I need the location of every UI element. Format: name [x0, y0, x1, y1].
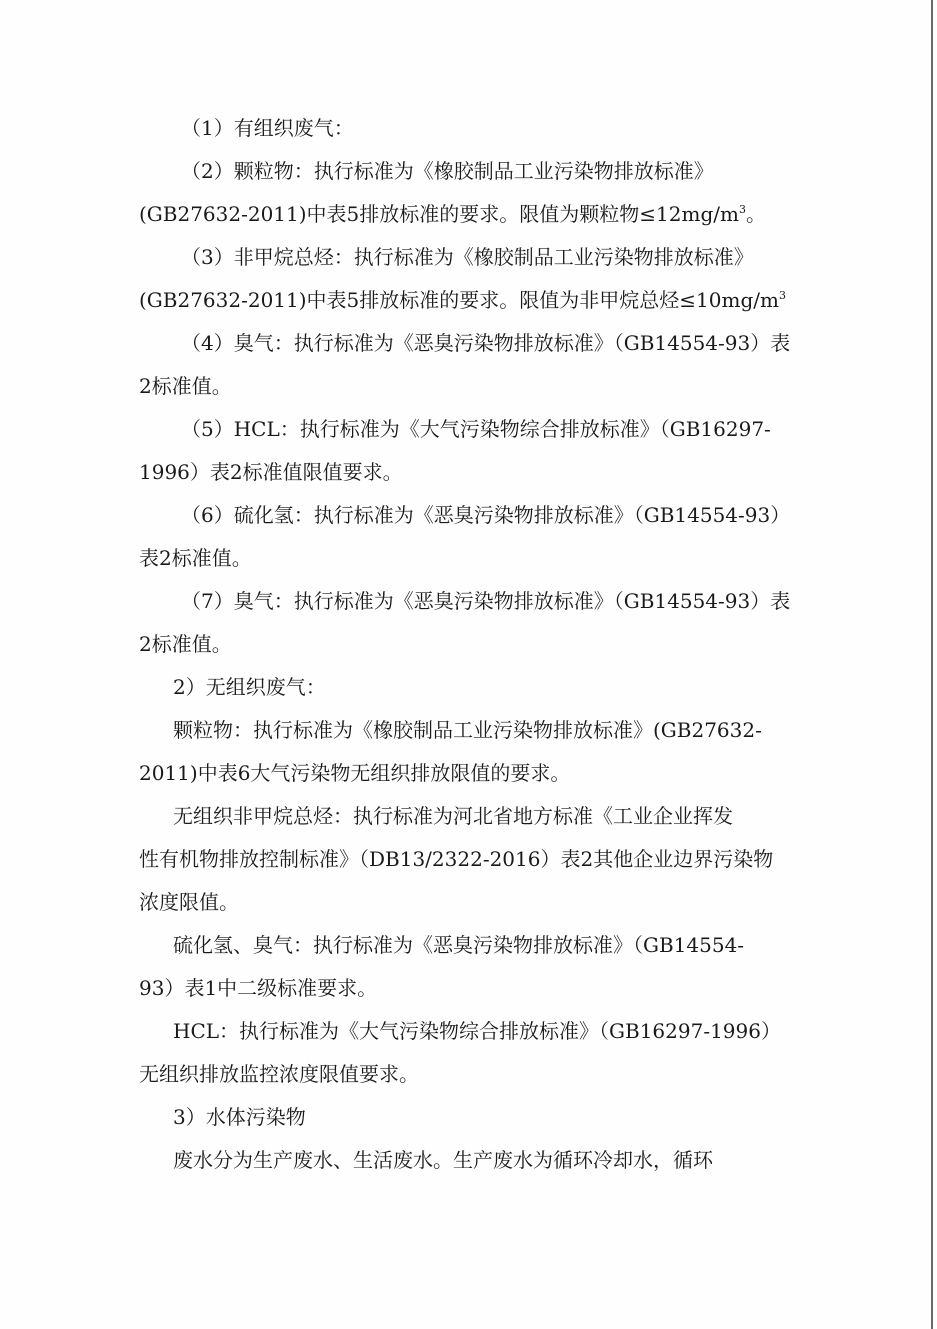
heading-fugitive-exhaust: 2）无组织废气： [139, 666, 789, 709]
paragraph-particulate-line2: (GB27632-2011)中表5排放标准的要求。限值为颗粒物≤12mg/m3。 [139, 193, 789, 236]
paragraph-nmhc-line1: （3）非甲烷总烃：执行标准为《橡胶制品工业污染物排放标准》 [139, 236, 789, 279]
paragraph-odor2-line1: （7）臭气：执行标准为《恶臭污染物排放标准》（GB14554-93）表 [139, 580, 789, 623]
paragraph-particulate-line1: （2）颗粒物：执行标准为《橡胶制品工业污染物排放标准》 [139, 150, 789, 193]
paragraph-fugitive-nmhc-line3: 浓度限值。 [139, 881, 789, 924]
paragraph-nmhc-line2: (GB27632-2011)中表5排放标准的要求。限值为非甲烷总烃≤10mg/m… [139, 279, 789, 322]
sentence-end: 。 [746, 202, 766, 226]
paragraph-hcl-line2: 1996）表2标准值限值要求。 [139, 451, 789, 494]
paragraph-h2s-line1: （6）硫化氢：执行标准为《恶臭污染物排放标准》（GB14554-93） [139, 494, 789, 537]
paragraph-h2s-line2: 表2标准值。 [139, 537, 789, 580]
page-edge-divider [931, 0, 933, 1329]
paragraph-wastewater-line1: 废水分为生产废水、生活废水。生产废水为循环冷却水，循环 [139, 1139, 789, 1182]
paragraph-fugitive-particulate-line2: 2011)中表6大气污染物无组织排放限值的要求。 [139, 752, 789, 795]
heading-water-pollutants: 3）水体污染物 [139, 1096, 789, 1139]
particulate-limit-text: (GB27632-2011)中表5排放标准的要求。限值为颗粒物≤12mg/m [139, 202, 739, 226]
paragraph-odor-line2: 2标准值。 [139, 365, 789, 408]
paragraph-fugitive-nmhc-line2: 性有机物排放控制标准》（DB13/2322-2016）表2其他企业边界污染物 [139, 838, 789, 881]
document-page: （1）有组织废气： （2）颗粒物：执行标准为《橡胶制品工业污染物排放标准》 (G… [0, 0, 937, 1329]
paragraph-fugitive-hcl-line1: HCL：执行标准为《大气污染物综合排放标准》（GB16297-1996） [139, 1010, 789, 1053]
paragraph-fugitive-hcl-line2: 无组织排放监控浓度限值要求。 [139, 1053, 789, 1096]
paragraph-odor-line1: （4）臭气：执行标准为《恶臭污染物排放标准》（GB14554-93）表 [139, 322, 789, 365]
superscript-3: 3 [779, 289, 786, 302]
paragraph-fugitive-h2s-odor-line2: 93）表1中二级标准要求。 [139, 967, 789, 1010]
heading-organized-exhaust: （1）有组织废气： [139, 107, 789, 150]
superscript-3: 3 [739, 203, 746, 216]
paragraph-hcl-line1: （5）HCL：执行标准为《大气污染物综合排放标准》（GB16297- [139, 408, 789, 451]
paragraph-fugitive-h2s-odor-line1: 硫化氢、臭气：执行标准为《恶臭污染物排放标准》（GB14554- [139, 924, 789, 967]
paragraph-fugitive-particulate-line1: 颗粒物：执行标准为《橡胶制品工业污染物排放标准》(GB27632- [139, 709, 789, 752]
paragraph-fugitive-nmhc-line1: 无组织非甲烷总烃：执行标准为河北省地方标准《工业企业挥发 [139, 795, 789, 838]
paragraph-odor2-line2: 2标准值。 [139, 623, 789, 666]
nmhc-limit-text: (GB27632-2011)中表5排放标准的要求。限值为非甲烷总烃≤10mg/m [139, 288, 779, 312]
document-body: （1）有组织废气： （2）颗粒物：执行标准为《橡胶制品工业污染物排放标准》 (G… [139, 107, 789, 1182]
